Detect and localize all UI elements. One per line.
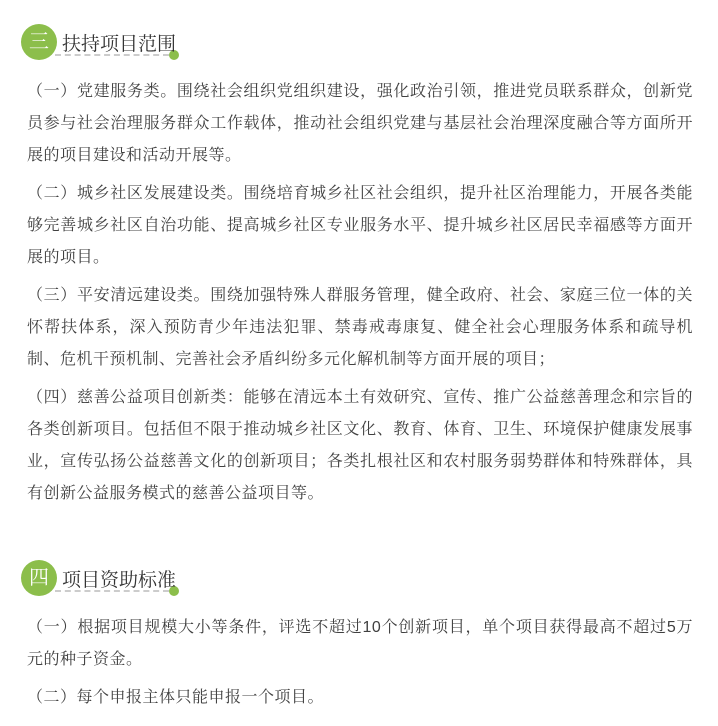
paragraph-one-project-limit: （二）每个申报主体只能申报一个项目。 [27, 682, 693, 714]
section-number-badge-icon: 三 [21, 24, 57, 60]
section-header: 四 项目资助标准 [21, 560, 693, 596]
paragraph-party-building: （一）党建服务类。围绕社会组织党组织建设，强化政治引领，推进党员联系群众，创新党… [27, 76, 693, 172]
paragraph-funding-amount: （一）根据项目规模大小等条件，评选不超过10个创新项目，单个项目获得最高不超过5… [27, 612, 693, 676]
section-number-badge-icon: 四 [21, 560, 57, 596]
section-header: 三 扶持项目范围 [21, 24, 693, 60]
paragraph-safe-qingyuan: （三）平安清远建设类。围绕加强特殊人群服务管理，健全政府、社会、家庭三位一体的关… [27, 280, 693, 376]
paragraph-charity-innovation: （四）慈善公益项目创新类：能够在清远本土有效研究、宣传、推广公益慈善理念和宗旨的… [27, 382, 693, 510]
paragraph-community-development: （二）城乡社区发展建设类。围绕培育城乡社区社会组织，提升社区治理能力，开展各类能… [27, 178, 693, 274]
section-funding-standard: 四 项目资助标准 （一）根据项目规模大小等条件，评选不超过10个创新项目，单个项… [27, 560, 693, 714]
article-page: 三 扶持项目范围 （一）党建服务类。围绕社会组织党组织建设，强化政治引领，推进党… [0, 0, 718, 726]
section-support-scope: 三 扶持项目范围 （一）党建服务类。围绕社会组织党组织建设，强化政治引领，推进党… [27, 24, 693, 510]
section-title: 扶持项目范围 [62, 29, 176, 56]
section-title: 项目资助标准 [62, 565, 176, 592]
